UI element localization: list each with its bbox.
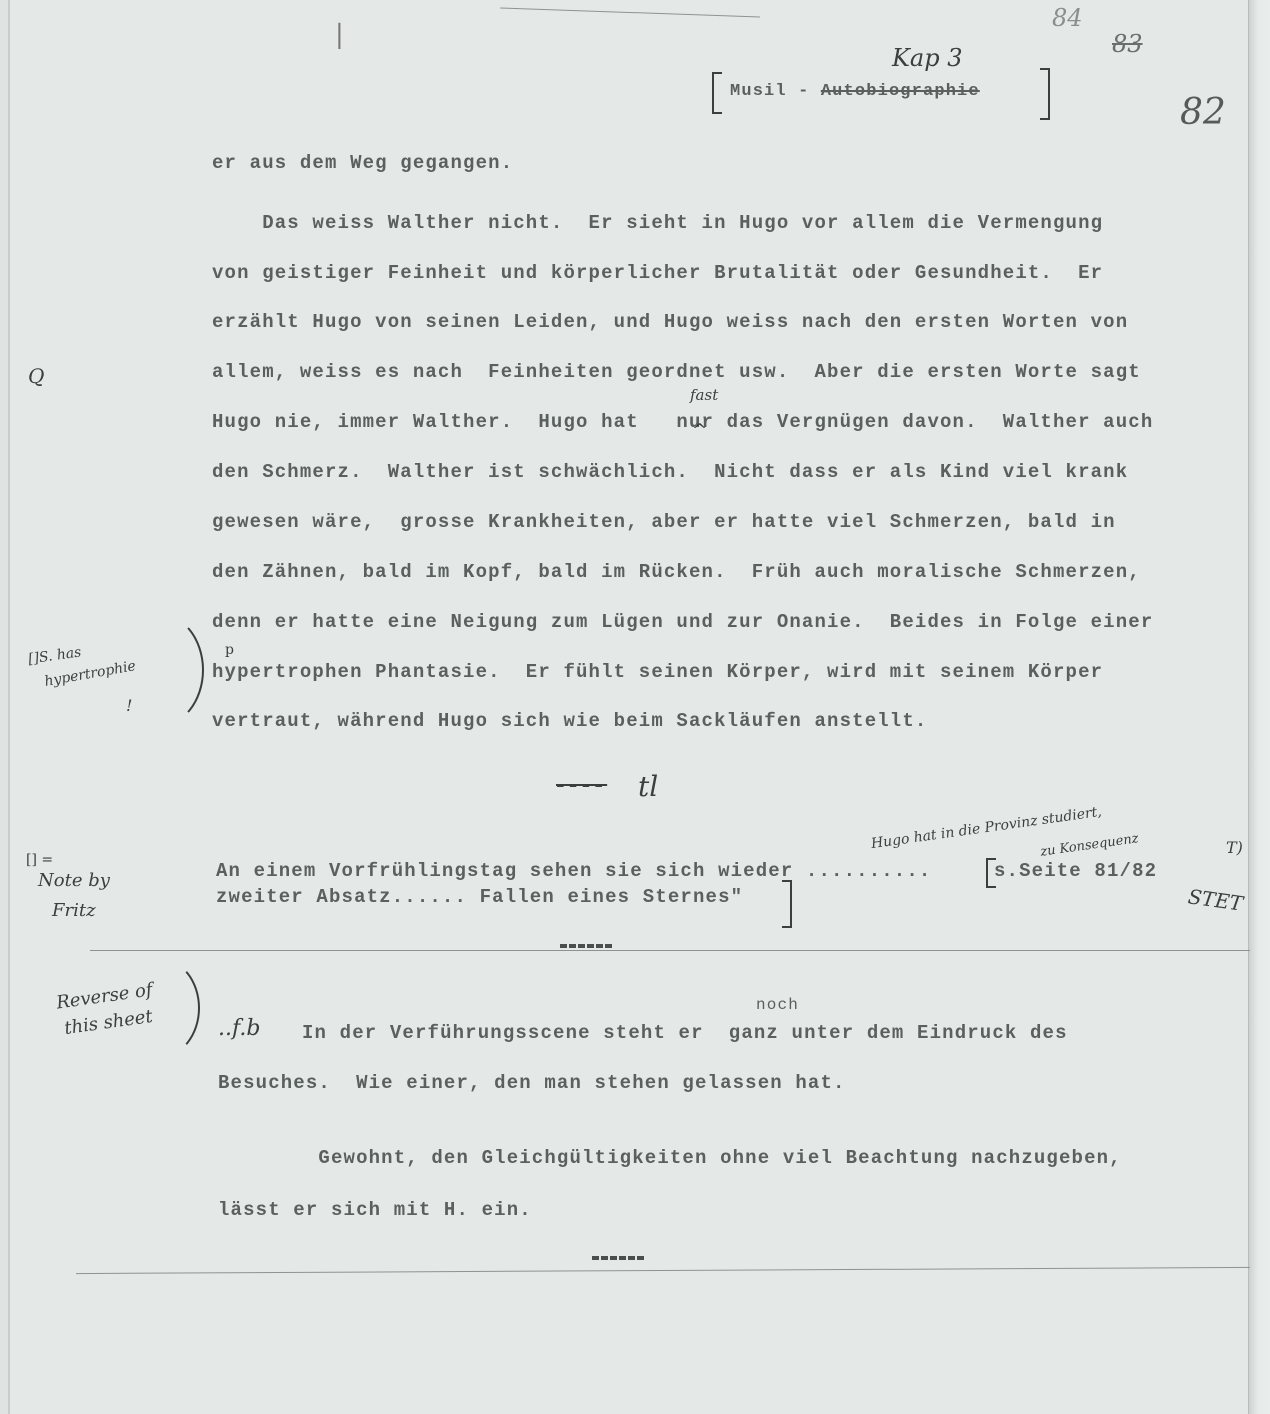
text-line: denn er hatte eine Neigung zum Lügen und…: [212, 611, 1153, 633]
text-line: den Zähnen, bald im Kopf, bald im Rücken…: [212, 561, 1141, 583]
separator-mark-2: [592, 1256, 644, 1260]
bracket-left: [712, 72, 722, 114]
margin-mark-fb: ..f.b: [218, 1016, 260, 1041]
text-line: den Schmerz. Walther ist schwächlich. Ni…: [212, 461, 1128, 483]
page-number-84: 84: [1052, 4, 1083, 32]
text-line: lässt er sich mit H. ein.: [218, 1199, 532, 1221]
insert-fast: fast: [690, 386, 718, 404]
page-number-83-struck: 83: [1112, 30, 1143, 58]
divider-line: [90, 950, 1250, 951]
margin-note-fritz-1: [] =: [26, 852, 53, 868]
text-line: Das weiss Walther nicht. Er sieht in Hug…: [212, 212, 1103, 234]
text-line: hypertrophen Phantasie. Er fühlt seinen …: [212, 661, 1103, 683]
margin-note-fritz-3: Fritz: [52, 900, 96, 921]
text-line: In der Verführungsscene steht er ganz un…: [302, 1022, 1068, 1044]
header-title: Musil - Autobiographie: [730, 82, 980, 101]
text-line: vertraut, während Hugo sich wie beim Sac…: [212, 710, 927, 732]
insert-noch: noch: [756, 996, 799, 1014]
handwritten-chapter: Kap 3: [892, 44, 963, 72]
text-line: gewesen wäre, grosse Krankheiten, aber e…: [212, 511, 1116, 533]
header-title-author: Musil -: [730, 82, 821, 101]
bracket-right: [1040, 68, 1050, 120]
handwritten-insert-mark: T): [1226, 838, 1243, 857]
text-line: Gewohnt, den Gleichgültigkeiten ohne vie…: [218, 1147, 1122, 1169]
separator-mark: [560, 944, 612, 948]
margin-arc: [110, 612, 204, 728]
page-edge-shadow: [1248, 0, 1270, 1414]
text-line: Besuches. Wie einer, den man stehen gela…: [218, 1072, 846, 1094]
insert-p: p: [225, 642, 234, 658]
margin-q-mark: Q: [28, 364, 44, 388]
note-line-1: An einem Vorfrühlingstag sehen sie sich …: [216, 860, 931, 882]
note-line-2: zweiter Absatz...... Fallen eines Sterne…: [216, 886, 743, 908]
note-bracket-right: [782, 880, 792, 928]
margin-arc-2: [120, 958, 200, 1058]
pen-stroke: |: [335, 20, 344, 50]
caret-icon: ^: [692, 420, 707, 441]
text-line: von geistiger Feinheit und körperlicher …: [212, 262, 1103, 284]
header-title-struck: Autobiographie: [821, 82, 980, 101]
text-line: Hugo nie, immer Walther. Hugo hat nur da…: [212, 411, 1153, 433]
text-line: allem, weiss es nach Feinheiten geordnet…: [212, 361, 1141, 383]
section-mark-struck: ----: [556, 770, 607, 800]
page-reference: s.Seite 81/82: [994, 860, 1157, 882]
section-mark-handwritten: tl: [638, 770, 658, 803]
text-line: er aus dem Weg gegangen.: [212, 152, 513, 174]
margin-note-fritz-2: Note by: [38, 870, 110, 891]
page-number-82: 82: [1180, 92, 1226, 133]
text-line: erzählt Hugo von seinen Leiden, und Hugo…: [212, 311, 1128, 333]
